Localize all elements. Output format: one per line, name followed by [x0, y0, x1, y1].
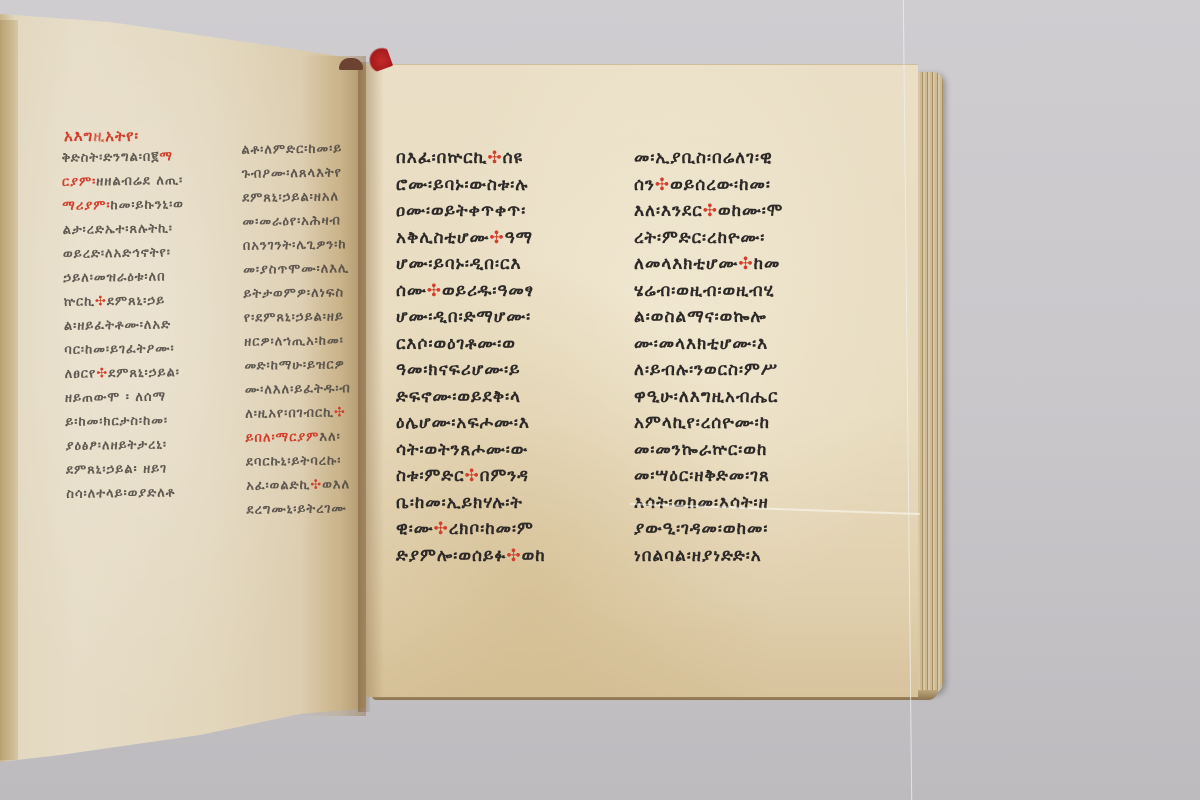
ink-text: መ፡መራዕየ፡አሕዛብ: [242, 213, 341, 229]
manuscript-line: ስቱ፡ምድር✣በምንዳ: [396, 463, 546, 490]
right-folio: በእፈ፡በኵርኪ✣ሰዩሮሙ፡ይባኑ፡ውስቱ፡ሉዐሙ፡ወይትቀጥቀጥ፡አቅሊስቲሆ…: [366, 64, 918, 697]
ink-text: ደምጸኒ፡ኃይል፡: [108, 365, 180, 381]
ink-text: ኃይለ፡መዝራዕቱ፡ለበ: [63, 269, 166, 285]
right-page-column-a: በእፈ፡በኵርኪ✣ሰዩሮሙ፡ይባኑ፡ውስቱ፡ሉዐሙ፡ወይትቀጥቀጥ፡አቅሊስቲሆ…: [396, 145, 546, 569]
red-cross-icon: ✣: [434, 519, 449, 539]
ink-text: ዓመ፡ክናፍሪሆሙ፡ይ: [396, 360, 521, 380]
ink-text: ሰዩ: [503, 148, 523, 168]
ink-text: አምላኪየ፡ረሰዮሙ፡ከ: [634, 413, 770, 433]
ink-text: ልቶ፡ለምድር፡ከመ፡ይ: [241, 141, 342, 157]
manuscript-line: ደባርኩኒ፡ይትባረኩ፡: [246, 449, 352, 474]
manuscript-line: ይ፡ከመ፡ክርታስ፡ከመ፡: [65, 409, 187, 435]
ink-text: ዘይጠውሞ ፡ ለሰማ: [65, 389, 166, 405]
ink-text: በአንገንት፡ሌጊዎን፡ከ: [243, 237, 347, 253]
red-cross-icon: ✣: [465, 466, 480, 486]
manuscript-line: ል፡ወስልማና፡ወኰሎ: [634, 304, 783, 331]
ink-text: ርእሶ፡ወዕገቶሙ፡ወ: [396, 334, 516, 354]
manuscript-photo: አእግዚአትየ፡ ቅድስት፡ድንግል፡በ፪ማርያም፡ዘዘልብሬደ ለጢ፡ማሪያም…: [0, 0, 1200, 800]
ink-text: ወእለ: [322, 477, 350, 492]
ink-text: ሙ፡መላእክቲሆሙ፡እ: [634, 334, 768, 354]
manuscript-line: ዕሌሆሙ፡አፍሖሙ፡እ: [396, 410, 546, 437]
ink-text: ሆሙ፡ይባኑ፡ዲበ፡ርእ: [396, 254, 522, 274]
ink-text: መድ፡ከማሁ፡ይዝርዎ: [244, 357, 344, 373]
manuscript-line: ልቶ፡ለምድር፡ከመ፡ይ: [241, 137, 347, 162]
rubric-heading: አእግዚአትየ፡: [64, 124, 139, 148]
red-cross-icon: ✣: [738, 254, 753, 274]
rubric-text: ርያም፡: [62, 174, 96, 189]
left-page-heading-block: አእግዚአትየ፡: [64, 124, 139, 148]
manuscript-line: ለመላእክቲሆሙ✣ከመ: [634, 251, 783, 278]
manuscript-line: የ፡ደምጸኒ፡ኃይል፡ዘይ: [244, 305, 350, 330]
manuscript-line: ሳት፡ወትንጸሖሙ፡ው: [396, 437, 546, 464]
left-page-column-b: ልቶ፡ለምድር፡ከመ፡ይጉብዖሙ፡ለጸላእትየደምጸኒ፡ኃይል፡ዘአለመ፡መራዕ…: [241, 137, 352, 522]
manuscript-line: ዐሙ፡ወይትቀጥቀጥ፡: [396, 198, 546, 225]
ink-text: መ፡ያስጥሞሙ፡ለእሊ: [243, 261, 349, 277]
ink-text: አቅሊስቲሆሙ: [396, 228, 489, 248]
ink-text: ከመ፡ይኩንኒ፡ወ: [110, 197, 184, 213]
manuscript-line: ድያምሎ፡ወሰይፉ✣ወከ: [396, 543, 546, 570]
ink-text: ልታ፡ረድኤተ፡ጸሉትኪ፡: [63, 221, 173, 238]
ink-text: ደረግሙኒ፡ይትረገሙ: [246, 501, 346, 517]
ink-text: ስሳ፡ለተላይ፡ወያድለቶ: [66, 485, 175, 502]
manuscript-line: አቅሊስቲሆሙ✣ዓማ: [396, 225, 546, 252]
manuscript-line: ልታ፡ረድኤተ፡ጸሉትኪ፡: [62, 217, 184, 243]
manuscript-line: ለፀርየ✣ደምጸኒ፡ኃይል፡: [65, 361, 187, 387]
left-folio: አእግዚአትየ፡ ቅድስት፡ድንግል፡በ፪ማርያም፡ዘዘልብሬደ ለጢ፡ማሪያም…: [0, 0, 380, 800]
ink-text: ነበልባል፡ዘያነድድ፡አ: [634, 546, 762, 566]
ink-text: ደምጸኒ፡ኃይል፡ዘአለ: [242, 189, 339, 205]
red-cross-icon: ✣: [310, 478, 322, 493]
ink-text: ሄሬብ፡ወዚብ፡ወዚብሂ: [634, 281, 775, 301]
manuscript-line: ማሪያም፡ከመ፡ይኩንኒ፡ወ: [62, 193, 184, 219]
manuscript-line: አፈ፡ወልድኪ✣ወእለ: [246, 473, 352, 498]
ink-text: ደምጸኒ፡ኃይል፡ ዘይገ: [66, 461, 167, 477]
ink-text: ደባርኩኒ፡ይትባረኩ፡: [246, 453, 342, 469]
manuscript-line: ኃይለ፡መዝራዕቱ፡ለበ: [63, 265, 185, 291]
manuscript-line: ሆሙ፡ዲበ፡ድማሆሙ፡: [396, 304, 546, 331]
manuscript-line: ል፡ዘይፈትቶሙ፡ለአድ: [64, 313, 186, 339]
manuscript-line: ይትታወምዎ፡ለነፍስ: [243, 281, 349, 306]
rubric-text: ይበለ፡ማርያም: [245, 430, 319, 446]
ink-text: ከመ: [754, 254, 781, 274]
manuscript-line: መ፡ሣዕር፡ዘቅድመ፡ገጸ: [634, 463, 783, 490]
rubric-text: ማ: [159, 149, 173, 164]
ink-text: ጉብዖሙ፡ለጸላእትየ: [242, 165, 342, 181]
ink-text: ረክቦ፡ከመ፡ም: [449, 519, 534, 539]
red-cross-icon: ✣: [427, 281, 442, 301]
manuscript-line: ሙ፡ለእለ፡ይፈትዱ፡ብ: [245, 377, 351, 402]
manuscript-line: ርያም፡ዘዘልብሬደ ለጢ፡: [62, 169, 184, 195]
manuscript-line: ዊ፡ሙ✣ረክቦ፡ከመ፡ም: [396, 516, 546, 543]
ink-text: መ፡ኢያቢስ፡በሬለገ፡ዊ: [634, 148, 773, 168]
ink-text: ለ፡ዚአየ፡በገብርኪ: [245, 405, 334, 421]
ink-text: ቅድስት፡ድንግል፡በ፪: [62, 150, 160, 166]
ink-text: ወከሙ፡ሞ: [718, 201, 783, 221]
ink-text: ዊ፡ሙ: [396, 519, 434, 539]
ink-text: ለመላእክቲሆሙ: [634, 254, 738, 274]
manuscript-line: ደምጸኒ፡ኃይል፡ዘአለ: [242, 185, 348, 210]
manuscript-line: በእፈ፡በኵርኪ✣ሰዩ: [396, 145, 546, 172]
manuscript-line: ድፍኖሙ፡ወይደቅ፡ላ: [396, 384, 546, 411]
ink-text: ዘዘልብሬደ ለጢ፡: [96, 173, 183, 189]
ink-text: ረት፡ምድር፡ረከዮሙ፡: [634, 228, 765, 248]
manuscript-line: መ፡ኢያቢስ፡በሬለገ፡ዊ: [634, 145, 783, 172]
manuscript-line: እሳት፡ወከመ፡እሳት፡ዘ: [634, 490, 783, 517]
ink-text: ል፡ዘይፈትቶሙ፡ለአድ: [64, 317, 171, 333]
manuscript-line: ርእሶ፡ወዕገቶሙ፡ወ: [396, 331, 546, 358]
ink-text: በእፈ፡በኵርኪ: [396, 148, 487, 168]
ink-text: ዋዒሁ፡ለእግዚአብሔር: [634, 387, 778, 407]
red-cross-icon: ✣: [95, 294, 107, 309]
manuscript-line: ሆሙ፡ይባኑ፡ዲበ፡ርእ: [396, 251, 546, 278]
ink-text: ወይረድ፡ለአድኅኖትየ፡: [63, 245, 171, 262]
red-cross-icon: ✣: [489, 228, 504, 248]
manuscript-line: መድ፡ከማሁ፡ይዝርዎ: [244, 353, 350, 378]
manuscript-line: እለ፡እንደር✣ወከሙ፡ሞ: [634, 198, 783, 225]
ink-text: የ፡ደምጸኒ፡ኃይል፡ዘይ: [244, 309, 344, 325]
ink-text: አፈ፡ወልድኪ: [246, 478, 310, 494]
ink-text: ሰሙ: [396, 281, 427, 301]
ink-text: ወይሪዱ፡ዓመፃ: [442, 281, 534, 301]
red-cross-icon: ✣: [334, 405, 346, 420]
fore-edge-pages: [915, 72, 943, 694]
manuscript-line: ደረግሙኒ፡ይትረገሙ: [246, 497, 352, 522]
ink-text: ለ፡ይብሉ፡ንወርስ፡ምሥ: [634, 360, 778, 380]
rubric-text: ማሪያም፡: [62, 198, 110, 214]
manuscript-line: ዘይጠውሞ ፡ ለሰማ: [65, 385, 187, 411]
red-cross-icon: ✣: [96, 366, 108, 381]
red-cross-icon: ✣: [487, 148, 502, 168]
manuscript-line: ያውዒ፡ገዳመ፡ወከመ፡: [634, 516, 783, 543]
manuscript-line: ረት፡ምድር፡ረከዮሙ፡: [634, 225, 783, 252]
manuscript-line: መ፡መንኰራኵር፡ወከ: [634, 437, 783, 464]
ink-text: ሙ፡ለእለ፡ይፈትዱ፡ብ: [245, 381, 351, 397]
ink-text: ዓማ: [505, 228, 533, 248]
manuscript-line: ዓመ፡ክናፍሪሆሙ፡ይ: [396, 357, 546, 384]
red-cross-icon: ✣: [703, 201, 718, 221]
ink-text: ለፀርየ: [65, 366, 97, 381]
ink-text: ኵርኪ: [64, 294, 95, 309]
manuscript-line: ቤ፡ከመ፡ኢይክሃሉ፡ት: [396, 490, 546, 517]
ink-text: እሳት፡ወከመ፡እሳት፡ዘ: [634, 493, 769, 513]
ink-text: ሰን: [634, 175, 655, 195]
manuscript-line: ዘርዎ፡ለኀጢአ፡ከመ፡: [244, 329, 350, 354]
ink-text: መ፡ሣዕር፡ዘቅድመ፡ገጸ: [634, 466, 770, 486]
manuscript-line: ሰን✣ወይሰረው፡ከመ፡: [634, 172, 783, 199]
manuscript-line: ሙ፡መላእክቲሆሙ፡እ: [634, 331, 783, 358]
ink-text: በምንዳ: [480, 466, 529, 486]
manuscript-line: ኵርኪ✣ደምጸኒ፡ኃይ: [64, 289, 186, 315]
ink-text: ዘርዎ፡ለኀጢአ፡ከመ፡: [244, 333, 344, 349]
ink-text: ደምጸኒ፡ኃይ: [107, 293, 166, 309]
ink-text: ድያምሎ፡ወሰይፉ: [396, 546, 506, 566]
left-page-column-a: ቅድስት፡ድንግል፡በ፪ማርያም፡ዘዘልብሬደ ለጢ፡ማሪያም፡ከመ፡ይኩንኒ፡…: [61, 145, 188, 507]
ink-text: ይትታወምዎ፡ለነፍስ: [243, 285, 344, 301]
red-cross-icon: ✣: [506, 546, 521, 566]
ink-text: ዕሌሆሙ፡አፍሖሙ፡እ: [396, 413, 530, 433]
ink-text: ባር፡ከመ፡ይገፈትዖሙ፡: [64, 341, 174, 358]
ink-text: ቤ፡ከመ፡ኢይክሃሉ፡ት: [396, 493, 523, 513]
manuscript-line: መ፡መራዕየ፡አሕዛብ: [242, 209, 348, 234]
ink-text: ዐሙ፡ወይትቀጥቀጥ፡: [396, 201, 526, 221]
manuscript-line: አምላኪየ፡ረሰዮሙ፡ከ: [634, 410, 783, 437]
ink-text: መ፡መንኰራኵር፡ወከ: [634, 440, 767, 460]
manuscript-line: ደምጸኒ፡ኃይል፡ ዘይገ: [66, 457, 188, 483]
manuscript-line: ዋዒሁ፡ለእግዚአብሔር: [634, 384, 783, 411]
manuscript-line: ይበለ፡ማርያምእለ፡: [245, 425, 351, 450]
ink-text: ሮሙ፡ይባኑ፡ውስቱ፡ሉ: [396, 175, 528, 195]
manuscript-line: ለ፡ይብሉ፡ንወርስ፡ምሥ: [634, 357, 783, 384]
ink-text: ሆሙ፡ዲበ፡ድማሆሙ፡: [396, 307, 531, 327]
ink-text: ወይሰረው፡ከመ፡: [670, 175, 771, 195]
ink-text: ስቱ፡ምድር: [396, 466, 465, 486]
ink-text: ይ፡ከመ፡ክርታስ፡ከመ፡: [65, 413, 168, 429]
ink-text: ሳት፡ወትንጸሖሙ፡ው: [396, 440, 528, 460]
capstan-knob: [339, 58, 363, 70]
manuscript-line: መ፡ያስጥሞሙ፡ለእሊ: [243, 257, 349, 282]
ink-text: ያውዒ፡ገዳመ፡ወከመ፡: [634, 519, 768, 539]
manuscript-line: ሰሙ✣ወይሪዱ፡ዓመፃ: [396, 278, 546, 305]
manuscript-line: ነበልባል፡ዘያነድድ፡አ: [634, 543, 783, 570]
manuscript-line: በአንገንት፡ሌጊዎን፡ከ: [243, 233, 349, 258]
manuscript-line: ለ፡ዚአየ፡በገብርኪ✣: [245, 401, 351, 426]
ink-text: ያዕፅፆ፡ለዘይትታረኒ፡: [66, 437, 168, 453]
manuscript-line: ሮሙ፡ይባኑ፡ውስቱ፡ሉ: [396, 172, 546, 199]
left-binding-edge: [0, 20, 18, 760]
ink-text: እለ፡: [319, 429, 341, 444]
manuscript-line: ጉብዖሙ፡ለጸላእትየ: [242, 161, 348, 186]
manuscript-line: ያዕፅፆ፡ለዘይትታረኒ፡: [66, 433, 188, 459]
ink-text: ል፡ወስልማና፡ወኰሎ: [634, 307, 767, 327]
manuscript-line: ስሳ፡ለተላይ፡ወያድለቶ: [66, 481, 188, 507]
manuscript-line: ቅድስት፡ድንግል፡በ፪ማ: [61, 145, 183, 171]
manuscript-line: ወይረድ፡ለአድኅኖትየ፡: [63, 241, 185, 267]
ink-text: ወከ: [522, 546, 546, 566]
manuscript-line: ሄሬብ፡ወዚብ፡ወዚብሂ: [634, 278, 783, 305]
manuscript-line: ባር፡ከመ፡ይገፈትዖሙ፡: [64, 337, 186, 363]
red-cross-icon: ✣: [655, 175, 670, 195]
ink-text: እለ፡እንደር: [634, 201, 703, 221]
ink-text: ድፍኖሙ፡ወይደቅ፡ላ: [396, 387, 521, 407]
